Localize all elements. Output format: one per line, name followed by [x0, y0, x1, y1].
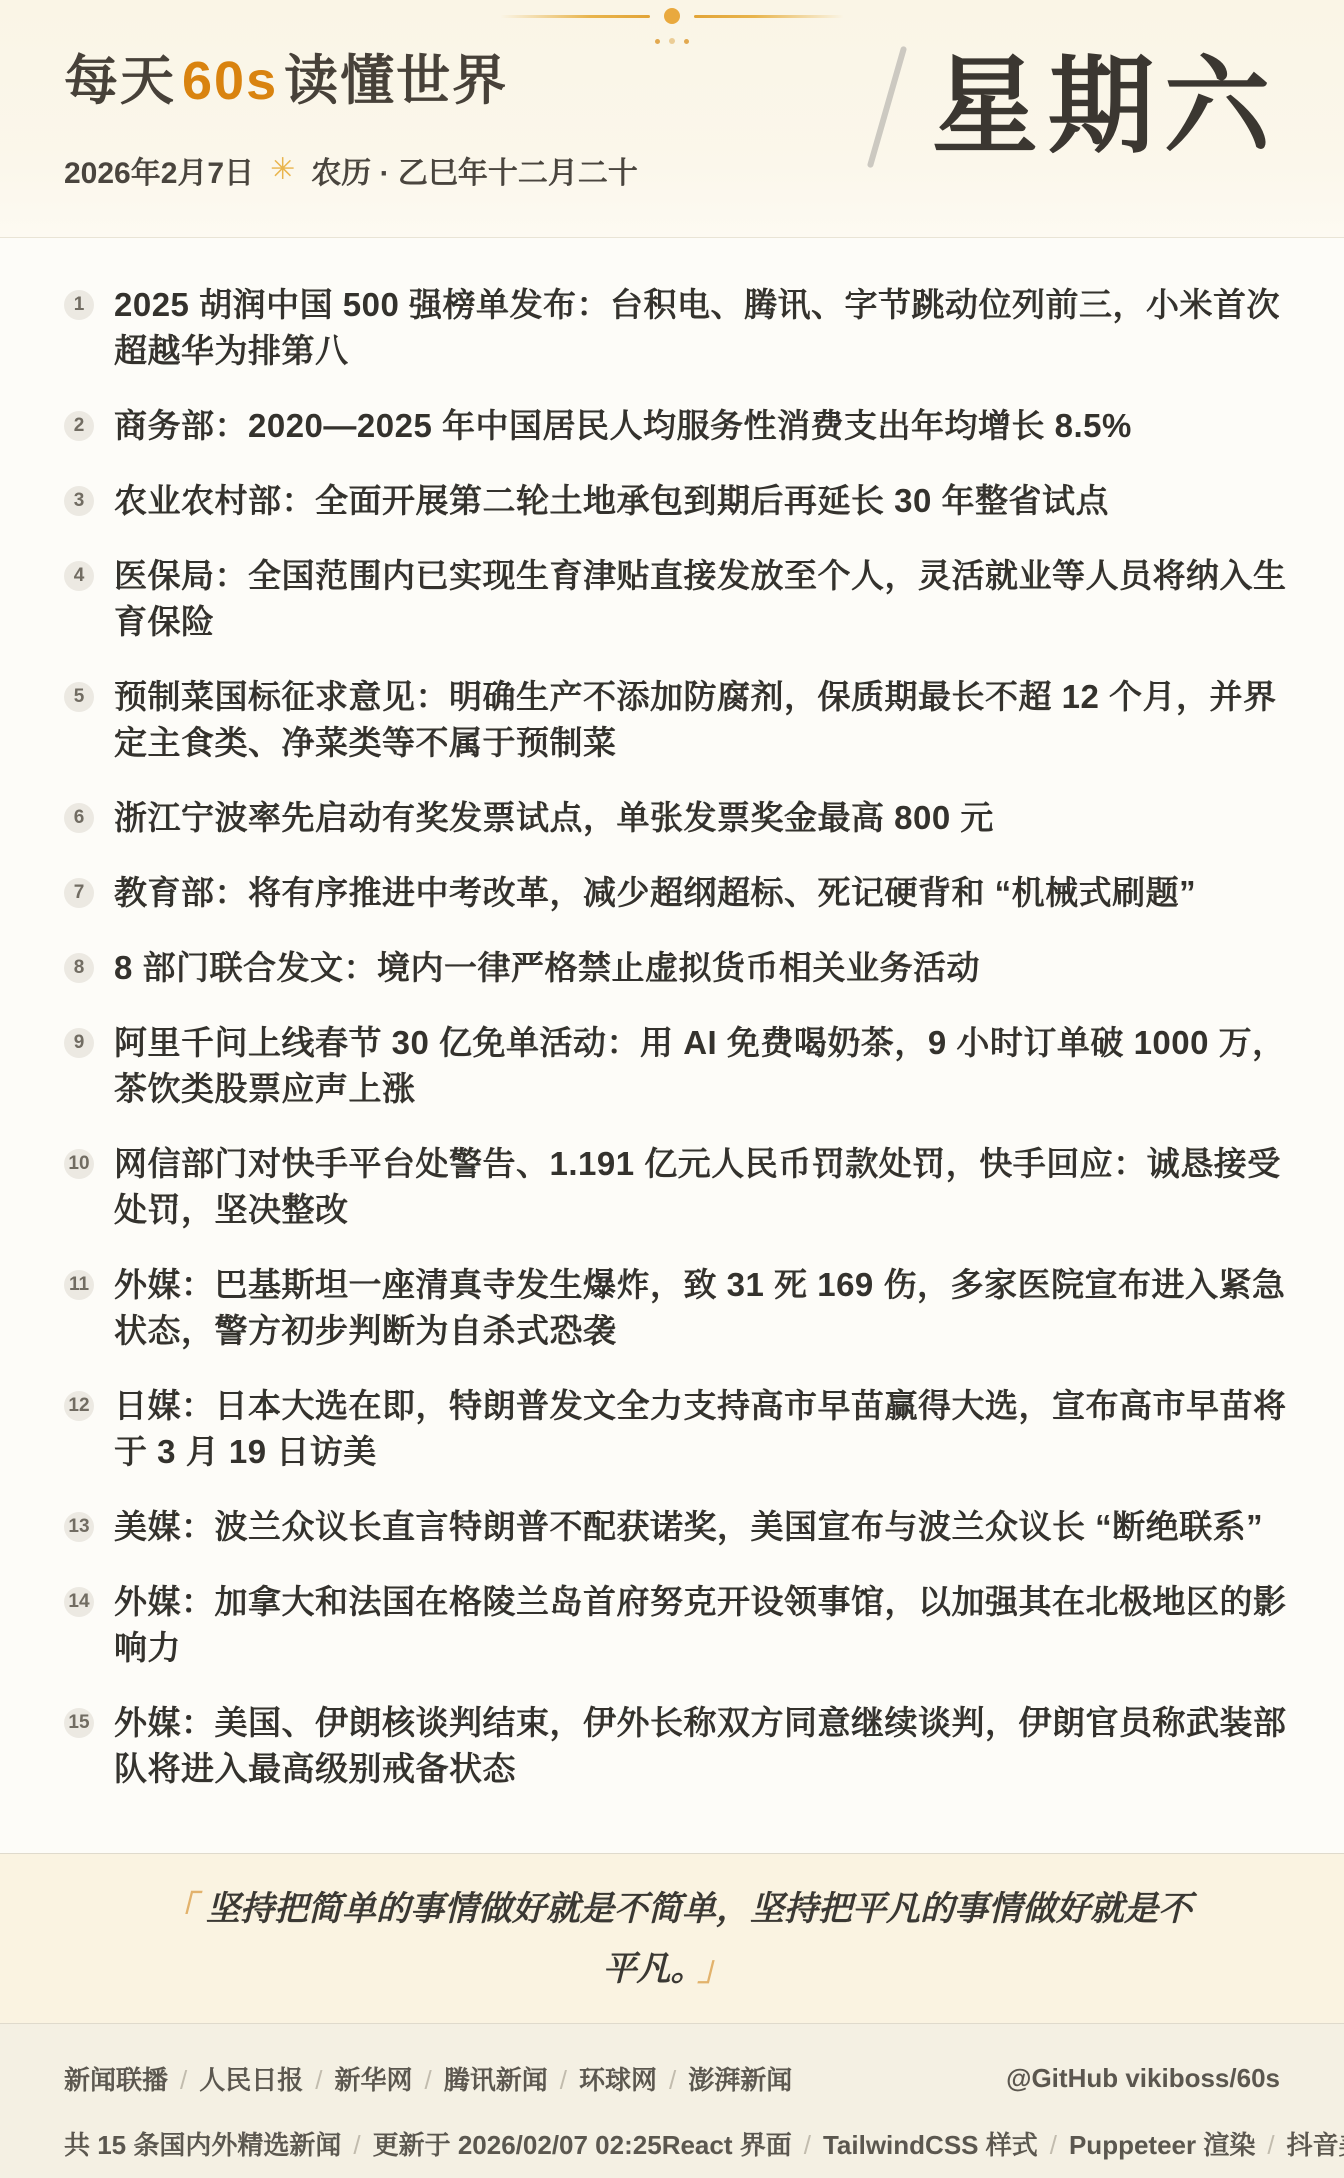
quote-open-bracket: 「: [152, 1890, 206, 1928]
news-item: 7教育部：将有序推进中考改革，减少超纲超标、死记硬背和 “机械式刷题”: [64, 870, 1290, 916]
source-label: 新华网: [335, 2065, 413, 2095]
news-item-text: 2025 胡润中国 500 强榜单发布：台积电、腾讯、字节跳动位列前三，小米首次…: [114, 282, 1290, 374]
news-item: 13美媒：波兰众议长直言特朗普不配获诺奖，美国宣布与波兰众议长 “断绝联系”: [64, 1504, 1290, 1550]
title-block: 每天60s读懂世界 2026年2月7日 ✳ 农历 · 乙巳年十二月二十: [64, 42, 638, 192]
source-label: 澎湃新闻: [688, 2065, 792, 2095]
news-item: 9阿里千问上线春节 30 亿免单活动：用 AI 免费喝奶茶，9 小时订单破 10…: [64, 1020, 1290, 1112]
news-item: 4医保局：全国范围内已实现生育津贴直接发放至个人，灵活就业等人员将纳入生育保险: [64, 553, 1290, 645]
news-item-number-badge: 11: [64, 1270, 94, 1300]
news-item-number-badge: 6: [64, 803, 94, 833]
source-label: 人民日报: [199, 2065, 303, 2095]
asterisk-icon: ✳: [270, 155, 295, 185]
news-item: 12日媒：日本大选在即，特朗普发文全力支持高市早苗赢得大选，宣布高市早苗将于 3…: [64, 1383, 1290, 1475]
news-item: 14外媒：加拿大和法国在格陵兰岛首府努克开设领事馆，以加强其在北极地区的影响力: [64, 1579, 1290, 1671]
meta-label: TailwindCSS 样式: [823, 2130, 1038, 2160]
news-item-text: 外媒：加拿大和法国在格陵兰岛首府努克开设领事馆，以加强其在北极地区的影响力: [114, 1579, 1290, 1671]
title-highlight: 60s: [176, 51, 284, 111]
slash-separator: /: [1255, 2130, 1286, 2160]
footer: 新闻联播/人民日报/新华网/腾讯新闻/环球网/澎湃新闻 @GitHub viki…: [0, 2023, 1344, 2178]
news-item: 12025 胡润中国 500 强榜单发布：台积电、腾讯、字节跳动位列前三，小米首…: [64, 282, 1290, 374]
daily-quote: 「坚持把简单的事情做好就是不简单，坚持把平凡的事情做好就是不平凡。」: [140, 1879, 1204, 1999]
ornament-line-right-icon: [694, 15, 844, 18]
news-item-number-badge: 13: [64, 1512, 94, 1542]
source-label: 新闻联播: [64, 2065, 168, 2095]
slash-separator: /: [341, 2130, 372, 2160]
news-item-number-badge: 10: [64, 1149, 94, 1179]
news-item: 15外媒：美国、伊朗核谈判结束，伊外长称双方同意继续谈判，伊朗官员称武装部队将进…: [64, 1700, 1290, 1792]
footer-meta-left: 共 15 条国内外精选新闻/更新于 2026/02/07 02:25: [64, 2125, 662, 2162]
news-item: 5预制菜国标征求意见：明确生产不添加防腐剂，保质期最长不超 12 个月，并界定主…: [64, 674, 1290, 766]
lunar-date: 农历 · 乙巳年十二月二十: [311, 148, 638, 192]
news-item-text: 预制菜国标征求意见：明确生产不添加防腐剂，保质期最长不超 12 个月，并界定主食…: [114, 674, 1290, 766]
slash-separator: /: [657, 2065, 688, 2095]
news-item: 88 部门联合发文：境内一律严格禁止虚拟货币相关业务活动: [64, 945, 1290, 991]
news-item-number-badge: 7: [64, 878, 94, 908]
news-item-number-badge: 4: [64, 561, 94, 591]
news-item-text: 浙江宁波率先启动有奖发票试点，单张发票奖金最高 800 元: [114, 795, 994, 841]
source-label: 环球网: [579, 2065, 657, 2095]
footer-meta-right: React 界面/TailwindCSS 样式/Puppeteer 渲染/抖音美…: [662, 2125, 1344, 2162]
slash-separator: /: [1038, 2130, 1069, 2160]
page-title: 每天60s读懂世界: [64, 50, 638, 112]
slash-separator: /: [168, 2065, 199, 2095]
news-item-number-badge: 12: [64, 1391, 94, 1421]
title-suffix: 读懂世界: [284, 51, 508, 111]
news-item-number-badge: 2: [64, 411, 94, 441]
quote-section: 「坚持把简单的事情做好就是不简单，坚持把平凡的事情做好就是不平凡。」: [0, 1853, 1344, 2023]
news-item-number-badge: 5: [64, 682, 94, 712]
meta-label: 共 15 条国内外精选新闻: [64, 2130, 341, 2160]
news-item-text: 农业农村部：全面开展第二轮土地承包到期后再延长 30 年整省试点: [114, 478, 1109, 524]
news-item-text: 8 部门联合发文：境内一律严格禁止虚拟货币相关业务活动: [114, 945, 980, 991]
slash-divider-icon: [867, 46, 907, 169]
news-item-number-badge: 1: [64, 290, 94, 320]
news-item-number-badge: 3: [64, 486, 94, 516]
ornament-line-left-icon: [500, 15, 650, 18]
meta-label: Puppeteer 渲染: [1069, 2130, 1255, 2160]
weekday-label: 星期六: [932, 49, 1280, 166]
news-item-text: 日媒：日本大选在即，特朗普发文全力支持高市早苗赢得大选，宣布高市早苗将于 3 月…: [114, 1383, 1290, 1475]
news-item-text: 医保局：全国范围内已实现生育津贴直接发放至个人，灵活就业等人员将纳入生育保险: [114, 553, 1290, 645]
news-item-text: 教育部：将有序推进中考改革，减少超纲超标、死记硬背和 “机械式刷题”: [114, 870, 1196, 916]
news-item: 2商务部：2020—2025 年中国居民人均服务性消费支出年均增长 8.5%: [64, 403, 1290, 449]
gregorian-date: 2026年2月7日: [64, 148, 254, 192]
slash-separator: /: [413, 2065, 444, 2095]
news-list: 12025 胡润中国 500 强榜单发布：台积电、腾讯、字节跳动位列前三，小米首…: [0, 238, 1344, 1853]
ornament-divider: [0, 8, 1344, 44]
weekday-block: 星期六: [884, 44, 1280, 170]
meta-label: 更新于 2026/02/07 02:25: [373, 2130, 662, 2160]
news-item: 10网信部门对快手平台处警告、1.191 亿元人民币罚款处罚，快手回应：诚恳接受…: [64, 1141, 1290, 1233]
news-item-text: 商务部：2020—2025 年中国居民人均服务性消费支出年均增长 8.5%: [114, 403, 1132, 449]
meta-label: React 界面: [662, 2130, 792, 2160]
date-line: 2026年2月7日 ✳ 农历 · 乙巳年十二月二十: [64, 148, 638, 192]
title-prefix: 每天: [64, 51, 176, 111]
slash-separator: /: [792, 2130, 823, 2160]
news-item: 11外媒：巴基斯坦一座清真寺发生爆炸，致 31 死 169 伤，多家医院宣布进入…: [64, 1262, 1290, 1354]
news-item-text: 美媒：波兰众议长直言特朗普不配获诺奖，美国宣布与波兰众议长 “断绝联系”: [114, 1504, 1263, 1550]
news-item-text: 网信部门对快手平台处警告、1.191 亿元人民币罚款处罚，快手回应：诚恳接受处罚…: [114, 1141, 1290, 1233]
footer-sources: 新闻联播/人民日报/新华网/腾讯新闻/环球网/澎湃新闻: [64, 2060, 792, 2097]
news-item-text: 阿里千问上线春节 30 亿免单活动：用 AI 免费喝奶茶，9 小时订单破 100…: [114, 1020, 1290, 1112]
news-item-number-badge: 9: [64, 1028, 94, 1058]
quote-close-bracket: 」: [688, 1950, 742, 1988]
meta-label: 抖音美好体: [1287, 2130, 1344, 2160]
news-item-number-badge: 15: [64, 1708, 94, 1738]
news-item-text: 外媒：巴基斯坦一座清真寺发生爆炸，致 31 死 169 伤，多家医院宣布进入紧急…: [114, 1262, 1290, 1354]
slash-separator: /: [548, 2065, 579, 2095]
slash-separator: /: [303, 2065, 334, 2095]
ornament-dot-icon: [664, 8, 680, 24]
source-label: 腾讯新闻: [444, 2065, 548, 2095]
news-item-number-badge: 8: [64, 953, 94, 983]
news-item-number-badge: 14: [64, 1587, 94, 1617]
github-handle: @GitHub vikiboss/60s: [1006, 2063, 1280, 2094]
news-item-text: 外媒：美国、伊朗核谈判结束，伊外长称双方同意继续谈判，伊朗官员称武装部队将进入最…: [114, 1700, 1290, 1792]
header: 每天60s读懂世界 2026年2月7日 ✳ 农历 · 乙巳年十二月二十 星期六: [0, 0, 1344, 238]
news-item: 3农业农村部：全面开展第二轮土地承包到期后再延长 30 年整省试点: [64, 478, 1290, 524]
news-item: 6浙江宁波率先启动有奖发票试点，单张发票奖金最高 800 元: [64, 795, 1290, 841]
